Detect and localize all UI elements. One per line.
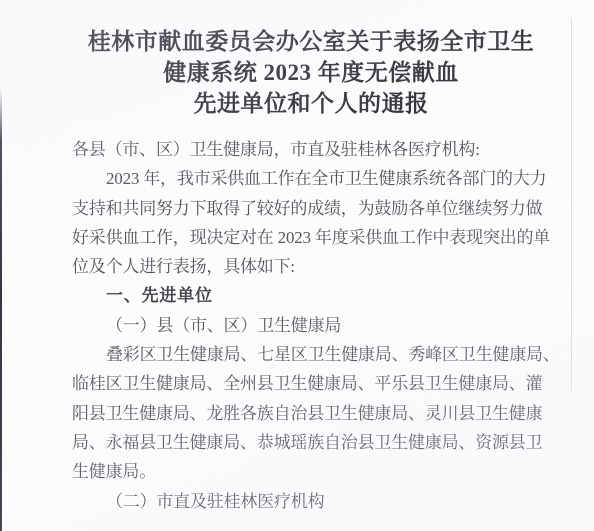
- paragraph1-line-2: 支持和共同努力下取得了较好的成绩，为鼓励各单位继续努力做: [72, 194, 562, 223]
- salutation-line: 各县（市、区）卫生健康局，市直及驻桂林各医疗机构:: [72, 135, 562, 164]
- document-title-line-3: 先进单位和个人的通报: [72, 88, 550, 119]
- document-title-line-2: 健康系统 2023 年度无偿献血: [72, 57, 550, 88]
- scan-edge-left: [0, 88, 2, 531]
- unit-list-line-4: 局、永福县卫生健康局、恭城瑶族自治县卫生健康局、资源县卫: [72, 428, 562, 457]
- section1-subheading-2: （二）市直及驻桂林医疗机构: [72, 487, 562, 516]
- document-title: 桂林市献血委员会办公室关于表扬全市卫生 健康系统 2023 年度无偿献血 先进单…: [72, 26, 550, 119]
- unit-list-line-1: 叠彩区卫生健康局、七星区卫生健康局、秀峰区卫生健康局、: [72, 340, 562, 369]
- section1-subheading-1: （一）县（市、区）卫生健康局: [72, 311, 562, 340]
- paragraph1-line-3: 好采供血工作，现决定对在 2023 年度采供血工作中表现突出的单: [72, 223, 562, 252]
- document-body: 各县（市、区）卫生健康局，市直及驻桂林各医疗机构: 2023 年，我市采供血工作…: [72, 135, 562, 516]
- unit-list-line-2: 临桂区卫生健康局、全州县卫生健康局、平乐县卫生健康局、灌: [72, 369, 562, 398]
- document-title-line-1: 桂林市献血委员会办公室关于表扬全市卫生: [72, 26, 550, 57]
- scanned-document-page: 桂林市献血委员会办公室关于表扬全市卫生 健康系统 2023 年度无偿献血 先进单…: [0, 0, 594, 531]
- paragraph1-line-1: 2023 年，我市采供血工作在全市卫生健康系统各部门的大力: [72, 164, 562, 193]
- unit-list-line-5: 生健康局。: [72, 457, 562, 486]
- section1-heading: 一、先进单位: [72, 281, 562, 310]
- unit-list-line-3: 阳县卫生健康局、龙胜各族自治县卫生健康局、灵川县卫生健康: [72, 399, 562, 428]
- paragraph1-line-4: 位及个人进行表扬，具体如下:: [72, 252, 562, 281]
- scan-edge-right: [571, 18, 572, 393]
